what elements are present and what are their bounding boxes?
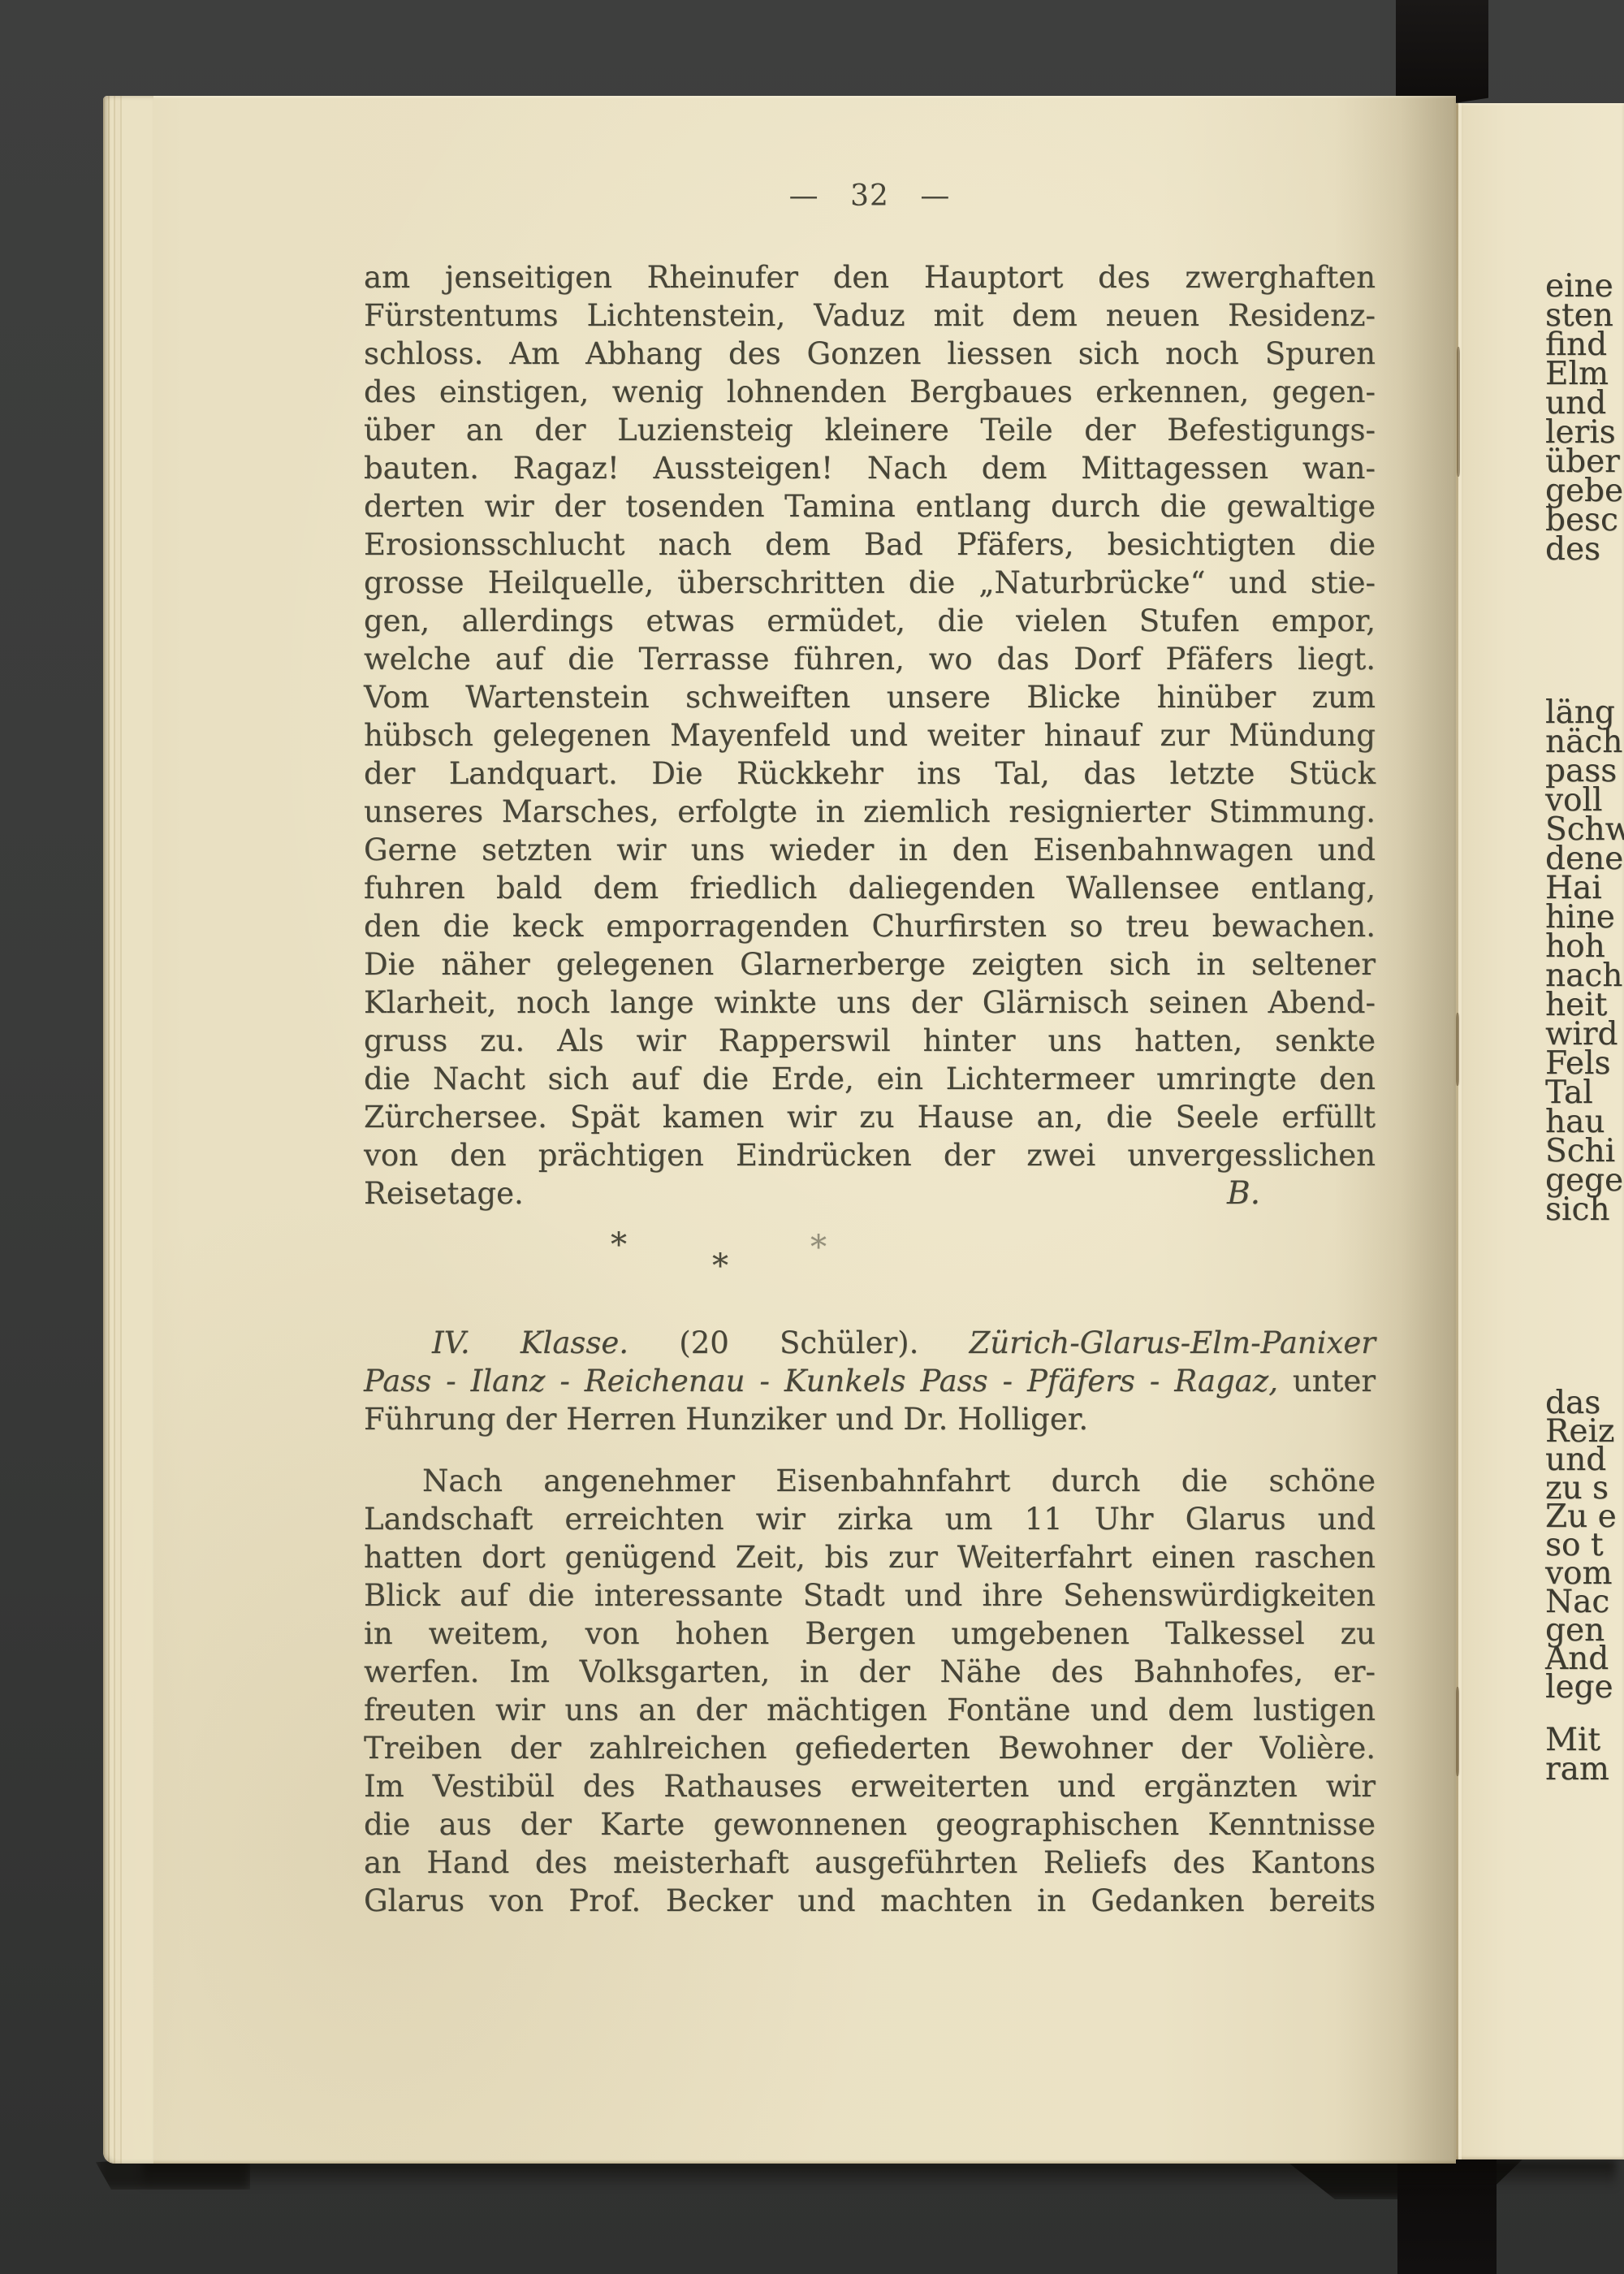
fold-mark (1456, 1687, 1459, 1776)
heading-line: IV. Klasse. (20 Schüler). Zürich-Glarus-… (364, 1324, 1376, 1362)
text-line: derten wir der tosenden Tamina entlang d… (364, 487, 1376, 525)
text-line: Im Vestibül des Rathauses erweiterten un… (364, 1767, 1376, 1805)
text-line: Vom Wartenstein schweiften unsere Blicke… (364, 678, 1376, 716)
text-line: welche auf die Terrasse führen, wo das D… (364, 640, 1376, 678)
text-line: lege (1545, 1673, 1624, 1701)
heading-roman-segment: (20 Schüler). (628, 1325, 970, 1360)
bookmark-ribbon-top (1396, 0, 1488, 109)
text-line: werfen. Im Volksgarten, in der Nähe des … (364, 1653, 1376, 1691)
text-line: Die näher gelegenen Glarnerberge zeigten… (364, 945, 1376, 984)
text-line: den die keck emporragenden Churfirsten s… (364, 907, 1376, 945)
text-line: des einstigen, wenig lohnenden Bergbaues… (364, 373, 1376, 411)
left-page: — 32 — am jenseitigen Rheinufer den Haup… (103, 96, 1456, 2164)
text-line: Treiben der zahlreichen gefiederten Bewo… (364, 1729, 1376, 1767)
page-number: — 32 — (364, 177, 1376, 215)
heading-italic-segment: Zürich-Glarus-Elm-Panixer (970, 1325, 1376, 1360)
text-line: gen, allerdings etwas ermüdet, die viele… (364, 602, 1376, 640)
fold-mark (1456, 1013, 1459, 1086)
text-line: ram (1545, 1755, 1624, 1784)
text-line: Glarus von Prof. Becker und machten in G… (364, 1882, 1376, 1920)
text-line: Erosionsschlucht nach dem Bad Pfäfers, b… (364, 525, 1376, 564)
facing-page-text-fragment-1: einestenfindElmundlerisübergebebescdes (1545, 272, 1624, 564)
text-line: hatten dort genügend Zeit, bis zur Weite… (364, 1538, 1376, 1576)
heading-roman-segment: unter (1278, 1364, 1376, 1399)
text-line: Klarheit, noch lange winkte uns der Glär… (364, 984, 1376, 1022)
facing-page-text-fragment-4: Mitram (1545, 1726, 1624, 1784)
text-line: gruss zu. Als wir Rapperswil hinter uns … (364, 1022, 1376, 1060)
text-line: die Nacht sich auf die Erde, ein Lichter… (364, 1060, 1376, 1098)
text-line: von den prächtigen Eindrücken der zwei u… (364, 1136, 1376, 1174)
paragraph-travel-report: am jenseitigen Rheinufer den Hauptort de… (364, 258, 1376, 1174)
asterisk-separator-middle: * (712, 1247, 728, 1285)
text-line: über an der Luziensteig kleinere Teile d… (364, 411, 1376, 449)
facing-page-text-fragment-3: dasReizundzu sZu eso tvomNacgenAndlege (1545, 1389, 1624, 1701)
author-initial: B. (1227, 1174, 1260, 1213)
closing-text: Reisetage. (364, 1174, 524, 1213)
heading-italic-segment: Pass - Ilanz - Reichenau - Kunkels Pass … (364, 1364, 1278, 1399)
text-line: Blick auf die interessante Stadt und ihr… (364, 1576, 1376, 1615)
heading-line: Führung der Herren Hunziker und Dr. Holl… (364, 1400, 1376, 1438)
text-line: sich (1545, 1195, 1624, 1225)
book-photo-scene: — 32 — am jenseitigen Rheinufer den Haup… (0, 0, 1624, 2274)
fold-mark (1457, 347, 1460, 477)
page-bottom-shadow (142, 2160, 1616, 2188)
text-line: unseres Marsches, erfolgte in ziemlich r… (364, 793, 1376, 831)
text-line: grosse Heilquelle, überschritten die „Na… (364, 564, 1376, 602)
asterisk-separator-right: * (810, 1229, 825, 1266)
right-page-sliver: einestenfindElmundlerisübergebebescdes l… (1456, 103, 1624, 2159)
text-line: an Hand des meisterhaft ausgeführten Rel… (364, 1844, 1376, 1882)
text-line: Nach angenehmer Eisenbahnfahrt durch die… (364, 1462, 1376, 1500)
text-line: bauten. Ragaz! Aussteigen! Nach dem Mitt… (364, 449, 1376, 487)
page-edge-stack (103, 96, 153, 2164)
paragraph-closing-line: Reisetage. B. (364, 1174, 1376, 1213)
text-line: fuhren bald dem friedlich daliegenden Wa… (364, 869, 1376, 907)
text-line: Zürchersee. Spät kamen wir zu Hause an, … (364, 1098, 1376, 1136)
text-line: in weitem, von hohen Bergen umgebenen Ta… (364, 1615, 1376, 1653)
text-line: der Landquart. Die Rückkehr ins Tal, das… (364, 754, 1376, 793)
heading-line: Pass - Ilanz - Reichenau - Kunkels Pass … (364, 1362, 1376, 1400)
facing-page-text-fragment-2: längnächpassvollSchwdeneHaihinehohnachhe… (1545, 698, 1624, 1225)
asterisk-separator-left: * (611, 1226, 627, 1264)
text-line: freuten wir uns an der mächtigen Fontäne… (364, 1691, 1376, 1729)
text-line: des (1545, 535, 1624, 564)
heading-roman-segment: Führung der Herren Hunziker und Dr. Holl… (364, 1402, 1088, 1437)
text-line: hübsch gelegenen Mayenfeld und weiter hi… (364, 716, 1376, 754)
heading-italic-segment: IV. Klasse. (432, 1325, 628, 1360)
text-line: Landschaft erreichten wir zirka um 11 Uh… (364, 1500, 1376, 1538)
paragraph-glarus-excursion: Nach angenehmer Eisenbahnfahrt durch die… (364, 1462, 1376, 1920)
text-line: Fürstentums Lichtenstein, Vaduz mit dem … (364, 296, 1376, 335)
text-line: Gerne setzten wir uns wieder in den Eise… (364, 831, 1376, 869)
section-heading-class-iv: IV. Klasse. (20 Schüler). Zürich-Glarus-… (364, 1324, 1376, 1438)
text-line: am jenseitigen Rheinufer den Hauptort de… (364, 258, 1376, 296)
text-line: die aus der Karte gewonnenen geographisc… (364, 1805, 1376, 1844)
text-line: schloss. Am Abhang des Gonzen liessen si… (364, 335, 1376, 373)
